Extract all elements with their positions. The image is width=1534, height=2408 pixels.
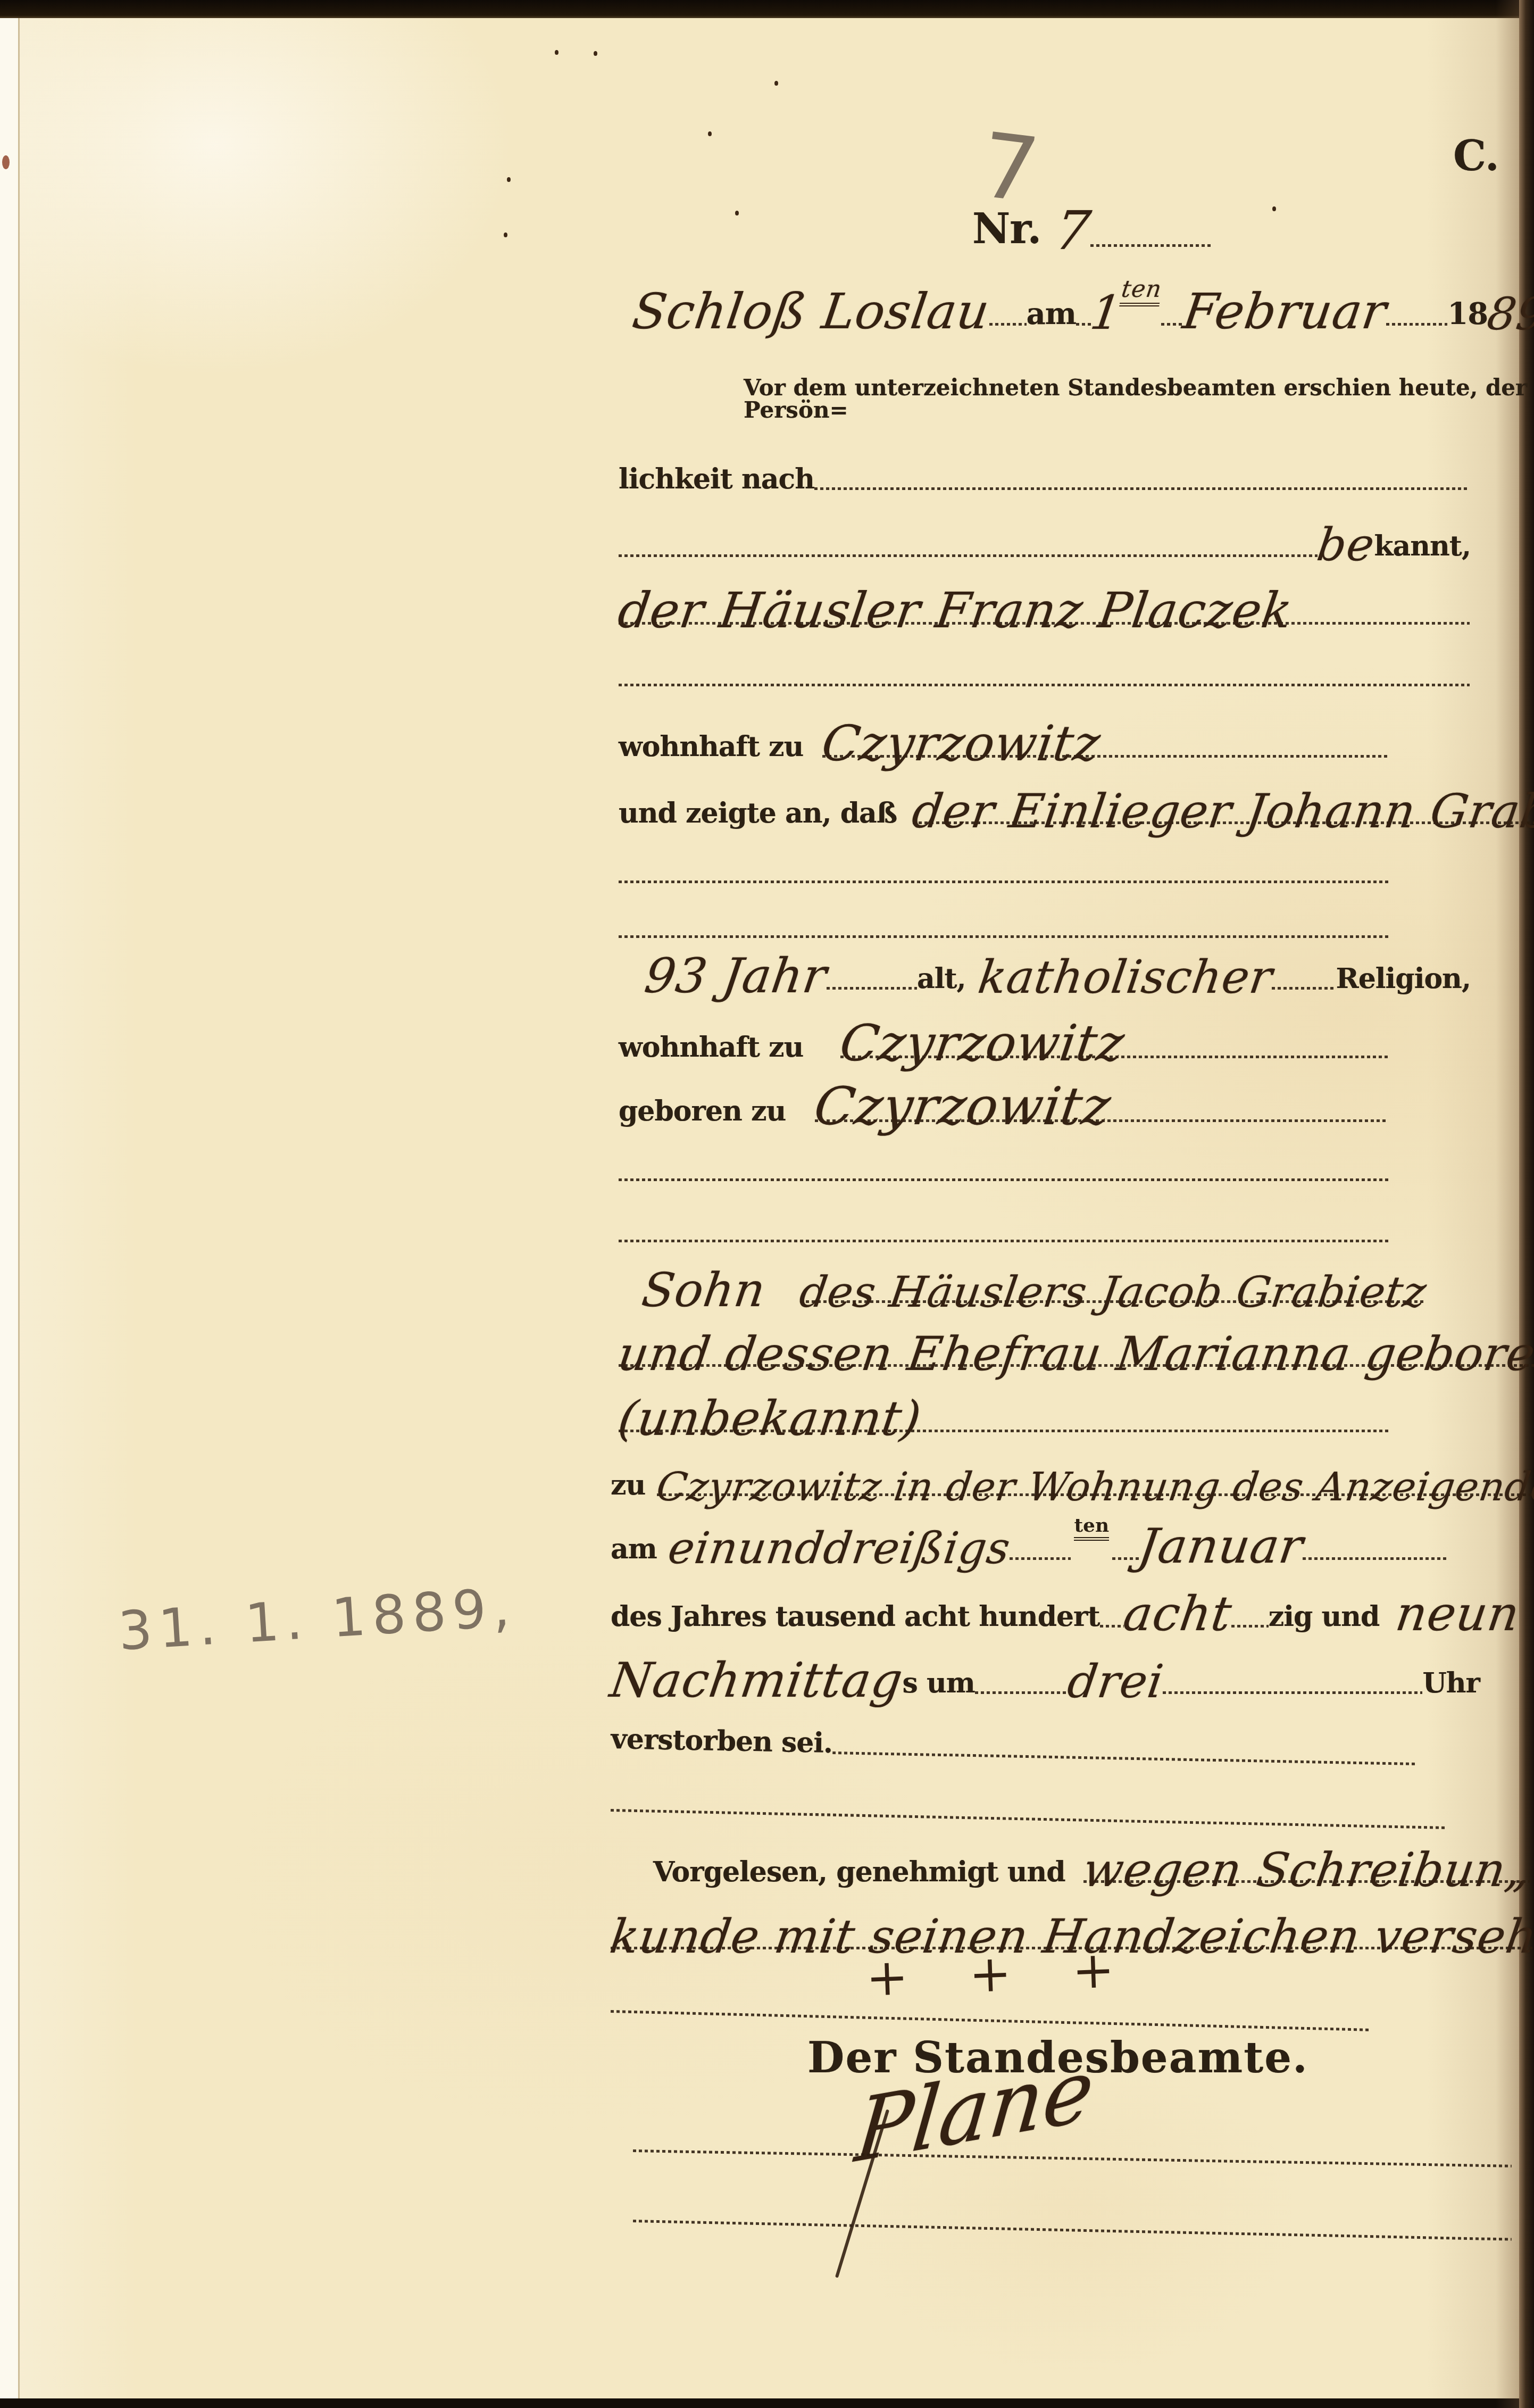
geboren-zu-label: geboren zu [619, 1098, 786, 1125]
blank-dotted-rule [633, 2220, 1512, 2241]
dotted-rule [1163, 1691, 1422, 1694]
blank-dotted-rule [619, 1178, 1388, 1181]
handwriting-over-rule: kunde mit seinen Handzeichen versehen. [611, 1913, 1534, 1958]
intro-line-1: Vor dem unterzeichneten Standesbeamten e… [744, 377, 1534, 421]
deceased-residence: Czyrzowitz [837, 1019, 1128, 1069]
blank-dotted-rule [611, 2010, 1371, 2031]
mother-maiden-name: (unbekannt) [615, 1395, 924, 1443]
registration-day: 1 [1088, 289, 1124, 336]
mother-name: und dessen Ehefrau Marianna geboren [615, 1331, 1534, 1377]
registration-day-suffix: ten [1119, 278, 1163, 306]
declarant-name-line: der Häusler Franz Placzek [619, 553, 1470, 633]
year-suffix-handwritten: 89 [1485, 292, 1534, 336]
form-series-letter: C. [1453, 136, 1499, 177]
am-label: am [1027, 299, 1077, 329]
paper-fleck [2, 155, 10, 169]
dotted-rule [1090, 244, 1212, 247]
ink-speck [507, 177, 511, 182]
vorgelesen-label: Vorgelesen, genehmigt und [653, 1858, 1065, 1886]
attestation-handwritten-2: kunde mit seinen Handzeichen versehen. [607, 1913, 1534, 1960]
und-zeigte-an-label: und zeigte an, daß [619, 800, 897, 827]
handwriting-over-rule: Czyrzowitz in der Wohnung des Anzeigende… [657, 1467, 1534, 1505]
ink-speck [504, 233, 507, 237]
dotted-rule [989, 323, 1027, 326]
margin-date-note: 31. 1. 1889, [116, 1576, 518, 1662]
dotted-rule [832, 1751, 1416, 1765]
book-edge-top [0, 0, 1534, 18]
dotted-rule [1161, 323, 1183, 326]
deceased-statement-line: verstorben sei. [611, 1695, 1418, 1774]
death-register-page: 7 31. 1. 1889, C. Nr. 7 Schloß Loslau am… [0, 0, 1534, 2408]
record-number-line: Nr. 7 [972, 186, 1212, 255]
ink-speck [555, 50, 558, 55]
ten-suffix-printed: ten [1074, 1516, 1109, 1541]
ink-speck [774, 81, 778, 86]
place-date-line: Schloß Loslau am 1 ten Februar 18 89 [633, 249, 1480, 334]
ink-speck [594, 51, 597, 56]
dotted-rule [1386, 323, 1447, 326]
intro-line-2: lichkeit nach [619, 437, 1470, 499]
handwriting-over-rule: der Einlieger Johann Grabietz [913, 788, 1534, 833]
father-name: des Häuslers Jacob Grabietz [797, 1271, 1429, 1314]
page-edge-left [0, 16, 20, 2399]
ink-speck [735, 211, 739, 215]
lichkeit-nach-label: lichkeit nach [619, 466, 814, 493]
dotted-rule [814, 487, 1470, 490]
year-prefix-printed: 18 [1447, 299, 1488, 329]
deceased-birthplace: Czyrzowitz [811, 1081, 1114, 1133]
handwriting-over-rule: Czyrzowitz [815, 1081, 1388, 1131]
book-edge-bottom [0, 2398, 1534, 2408]
handwriting-over-rule: der Häusler Franz Placzek [619, 586, 1470, 633]
deceased-name: der Einlieger Johann Grabietz [910, 788, 1534, 835]
ink-speck [1272, 206, 1276, 211]
blank-dotted-rule [619, 881, 1388, 883]
declarant-residence: Czyrzowitz [819, 719, 1104, 768]
registration-month: Februar [1180, 287, 1390, 336]
dotted-rule [975, 1691, 1068, 1694]
handwriting-over-rule: und dessen Ehefrau Marianna geboren [619, 1331, 1534, 1375]
verstorben-sei-label: verstorben sei. [611, 1725, 833, 1757]
place-of-registration: Schloß Loslau [630, 287, 993, 336]
attestation-line-1: Vorgelesen, genehmigt und wegen Schreibu… [653, 1817, 1476, 1891]
death-time-line: Nachmittag s um drei Uhr [611, 1623, 1480, 1703]
handwriting-over-rule: des Häuslers Jacob Grabietz [800, 1271, 1426, 1311]
s-um-label: s um [903, 1670, 975, 1697]
book-edge-right [1519, 0, 1534, 2408]
page-curl-shadow [1496, 0, 1520, 2408]
declarant-name: der Häusler Franz Placzek [615, 586, 1296, 635]
death-place: Czyrzowitz in der Wohnung des Anzeigende… [654, 1467, 1534, 1507]
ink-speck [708, 131, 712, 136]
blank-dotted-rule [633, 2149, 1512, 2168]
death-hour: drei [1065, 1659, 1166, 1705]
attestation-handwritten-1: wegen Schreibun„ [1080, 1847, 1534, 1894]
uhr-label: Uhr [1422, 1670, 1480, 1697]
handwriting-over-rule: wegen Schreibun„ [1083, 1847, 1530, 1891]
record-number-label: Nr. [972, 209, 1041, 250]
